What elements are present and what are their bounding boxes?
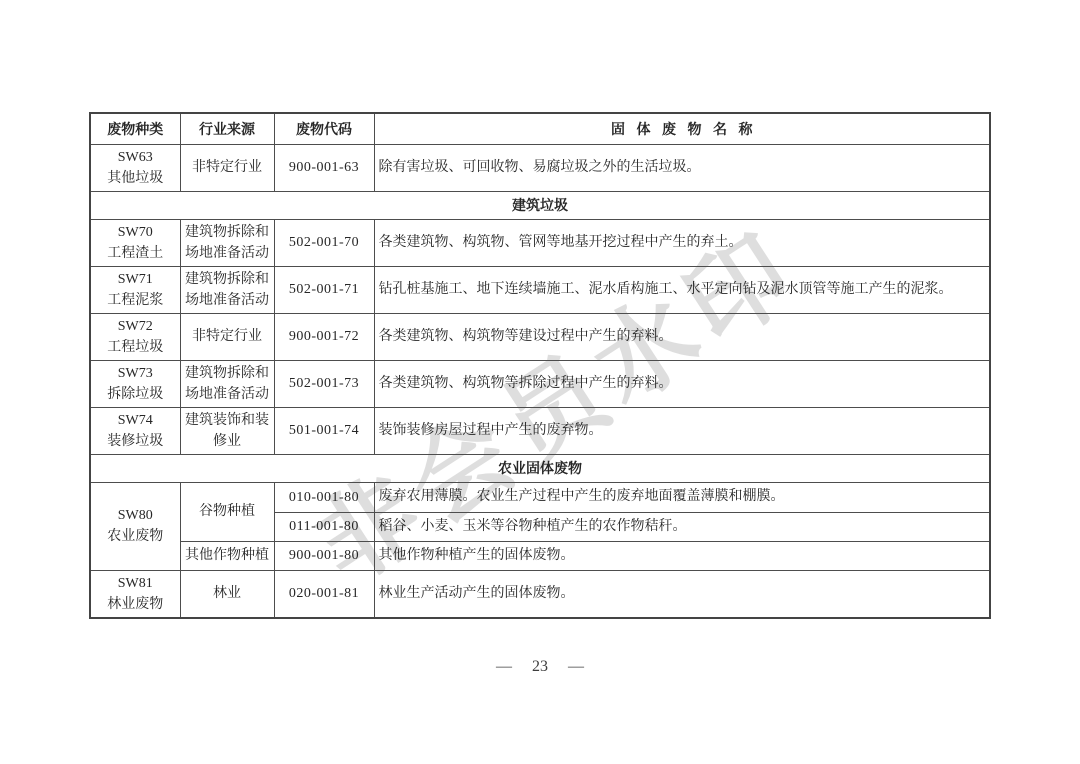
- waste-name-cell: 废弃农用薄膜。农业生产过程中产生的废弃地面覆盖薄膜和棚膜。: [374, 482, 990, 512]
- waste-category-cell: SW72 工程垃圾: [90, 313, 180, 360]
- table-row-sw73: SW73 拆除垃圾 建筑物拆除和 场地准备活动 502-001-73 各类建筑物…: [90, 360, 990, 407]
- table-row-sw80-film: SW80 农业废物 谷物种植 010-001-80 废弃农用薄膜。农业生产过程中…: [90, 482, 990, 512]
- waste-category-cell: SW70 工程渣土: [90, 219, 180, 266]
- waste-code-cell: 900-001-63: [274, 144, 374, 191]
- waste-category-cell: SW73 拆除垃圾: [90, 360, 180, 407]
- waste-name-cell: 装饰装修房屋过程中产生的废弃物。: [374, 407, 990, 454]
- waste-category-cell: SW71 工程泥浆: [90, 266, 180, 313]
- waste-name-cell: 除有害垃圾、可回收物、易腐垃圾之外的生活垃圾。: [374, 144, 990, 191]
- waste-name-cell: 各类建筑物、构筑物、管网等地基开挖过程中产生的弃土。: [374, 219, 990, 266]
- table-row-sw63: SW63 其他垃圾 非特定行业 900-001-63 除有害垃圾、可回收物、易腐…: [90, 144, 990, 191]
- waste-code-cell: 011-001-80: [274, 512, 374, 541]
- table-row-sw71: SW71 工程泥浆 建筑物拆除和 场地准备活动 502-001-71 钻孔桩基施…: [90, 266, 990, 313]
- section-row-agriculture: 农业固体废物: [90, 454, 990, 482]
- waste-name-cell: 各类建筑物、构筑物等建设过程中产生的弃料。: [374, 313, 990, 360]
- industry-source-cell: 谷物种植: [180, 482, 274, 541]
- industry-source-cell: 建筑物拆除和 场地准备活动: [180, 360, 274, 407]
- waste-code-cell: 502-001-71: [274, 266, 374, 313]
- col-header-industry-source: 行业来源: [180, 113, 274, 144]
- waste-name-cell: 钻孔桩基施工、地下连续墙施工、泥水盾构施工、水平定向钻及泥水顶管等施工产生的泥浆…: [374, 266, 990, 313]
- waste-code-cell: 501-001-74: [274, 407, 374, 454]
- table-row-sw70: SW70 工程渣土 建筑物拆除和 场地准备活动 502-001-70 各类建筑物…: [90, 219, 990, 266]
- waste-code-cell: 010-001-80: [274, 482, 374, 512]
- industry-source-cell: 非特定行业: [180, 144, 274, 191]
- page-number-dash-left: —: [496, 658, 512, 676]
- table-row-sw80-other-crops: 其他作物种植 900-001-80 其他作物种植产生的固体废物。: [90, 541, 990, 570]
- waste-code-cell: 502-001-73: [274, 360, 374, 407]
- waste-name-cell: 各类建筑物、构筑物等拆除过程中产生的弃料。: [374, 360, 990, 407]
- waste-category-cell: SW63 其他垃圾: [90, 144, 180, 191]
- waste-name-cell: 稻谷、小麦、玉米等谷物种植产生的农作物秸秆。: [374, 512, 990, 541]
- table-row-sw72: SW72 工程垃圾 非特定行业 900-001-72 各类建筑物、构筑物等建设过…: [90, 313, 990, 360]
- page-number-dash-right: —: [568, 658, 584, 676]
- waste-category-cell: SW80 农业废物: [90, 482, 180, 570]
- col-header-waste-code: 废物代码: [274, 113, 374, 144]
- table-header-row: 废物种类 行业来源 废物代码 固 体 废 物 名 称: [90, 113, 990, 144]
- waste-category-cell: SW81 林业废物: [90, 570, 180, 618]
- industry-source-cell: 非特定行业: [180, 313, 274, 360]
- waste-classification-table-container: 废物种类 行业来源 废物代码 固 体 废 物 名 称 SW63 其他垃圾 非特定…: [89, 112, 989, 619]
- section-row-construction: 建筑垃圾: [90, 191, 990, 219]
- industry-source-cell: 其他作物种植: [180, 541, 274, 570]
- section-title-construction: 建筑垃圾: [90, 191, 990, 219]
- waste-code-cell: 020-001-81: [274, 570, 374, 618]
- industry-source-cell: 建筑装饰和装 修业: [180, 407, 274, 454]
- table-row-sw81: SW81 林业废物 林业 020-001-81 林业生产活动产生的固体废物。: [90, 570, 990, 618]
- page-number-value: 23: [532, 658, 548, 676]
- col-header-waste-category: 废物种类: [90, 113, 180, 144]
- col-header-solid-waste-name: 固 体 废 物 名 称: [374, 113, 990, 144]
- waste-name-cell: 其他作物种植产生的固体废物。: [374, 541, 990, 570]
- waste-code-cell: 900-001-80: [274, 541, 374, 570]
- waste-code-cell: 502-001-70: [274, 219, 374, 266]
- section-title-agriculture: 农业固体废物: [90, 454, 990, 482]
- page-number: — 23 —: [0, 658, 1080, 676]
- industry-source-cell: 林业: [180, 570, 274, 618]
- waste-classification-table: 废物种类 行业来源 废物代码 固 体 废 物 名 称 SW63 其他垃圾 非特定…: [89, 112, 991, 619]
- waste-code-cell: 900-001-72: [274, 313, 374, 360]
- table-row-sw74: SW74 装修垃圾 建筑装饰和装 修业 501-001-74 装饰装修房屋过程中…: [90, 407, 990, 454]
- waste-category-cell: SW74 装修垃圾: [90, 407, 180, 454]
- waste-name-cell: 林业生产活动产生的固体废物。: [374, 570, 990, 618]
- industry-source-cell: 建筑物拆除和 场地准备活动: [180, 266, 274, 313]
- industry-source-cell: 建筑物拆除和 场地准备活动: [180, 219, 274, 266]
